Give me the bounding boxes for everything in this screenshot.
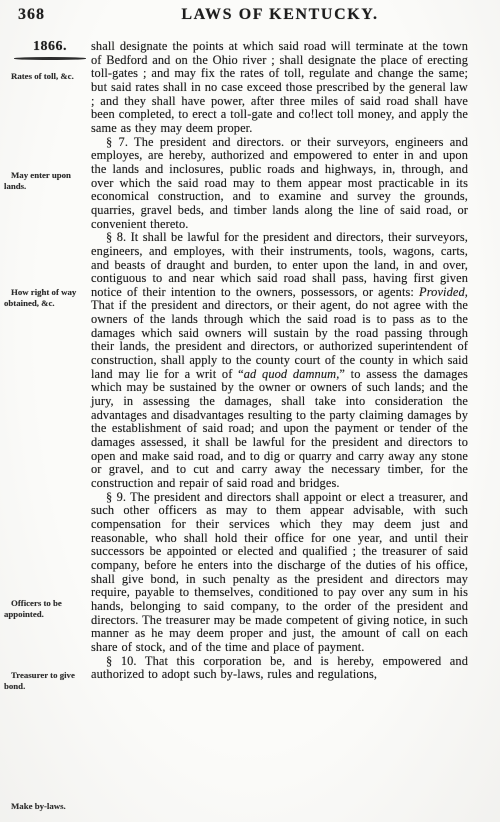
margin-note-make-bylaws: Make by-laws.: [4, 801, 86, 812]
year-label: 1866.: [14, 39, 86, 55]
margin-note-officers-appointed: Officers to be appointed.: [4, 598, 86, 619]
paragraph: shall designate the points at which said…: [91, 40, 468, 136]
header-title: LAWS OF KENTUCKY.: [90, 6, 470, 24]
margin-note-may-enter-lands: May enter upon lands.: [4, 170, 86, 191]
margin-note-right-of-way: How right of way obtained, &c.: [4, 287, 86, 308]
book-page: 368 LAWS OF KENTUCKY. 1866. Rates of tol…: [0, 0, 500, 822]
margin-note-rates-of-toll: Rates of toll, &c.: [4, 71, 86, 82]
margin-year-block: 1866.: [14, 39, 86, 60]
page-number: 368: [18, 6, 45, 24]
paragraph: § 9. The president and directors shall a…: [91, 491, 468, 655]
year-rule: [14, 57, 86, 60]
body-text: shall designate the points at which said…: [91, 40, 468, 682]
paragraph: § 7. The president and directors. or the…: [91, 136, 468, 232]
paragraph: § 10. That this corporation be, and is h…: [91, 655, 468, 682]
margin-note-treasurer-bond: Treasurer to give bond.: [4, 670, 86, 691]
paragraph: § 8. It shall be lawful for the presiden…: [91, 231, 468, 490]
